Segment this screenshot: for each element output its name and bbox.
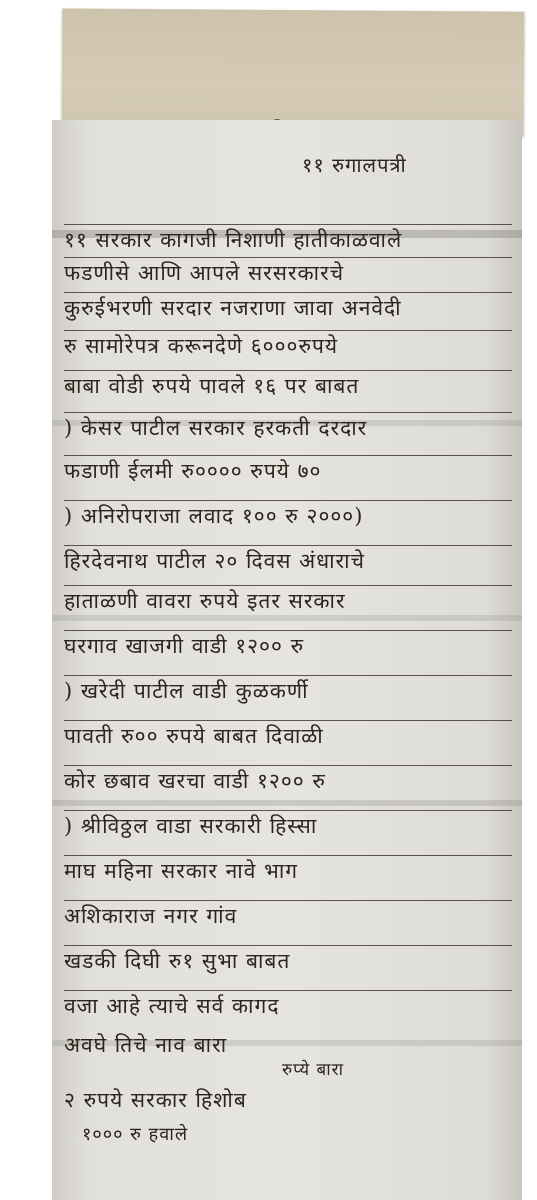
manuscript-line: हिरदेवनाथ पाटील २० दिवस अंधाराचे [64, 545, 512, 576]
manuscript-line: खडकी दिघी रु१ सुभा बाबत [64, 945, 512, 976]
manuscript-line: अशिकाराज नगर गांव [64, 900, 512, 931]
manuscript-line: २ रुपये सरकार हिशोब [64, 1085, 512, 1115]
manuscript-line: ११ सरकार कागजी निशाणी हातीकाळवाले [64, 224, 512, 255]
manuscript-line: माघ महिना सरकार नावे भाग [64, 855, 512, 886]
manuscript-line: वजा आहे त्याचे सर्व कागद [64, 990, 512, 1021]
letter-heading: ११ रुगालपत्री [302, 150, 512, 180]
manuscript-line: बाबा वोडी रुपये पावले १६ पर बाबत [64, 370, 512, 401]
manuscript-line: घरगाव खाजगी वाडी १२०० रु [64, 630, 512, 661]
manuscript-line: रु सामोरेपत्र करूनदेणे ६०००रुपये [64, 330, 512, 361]
manuscript-line: १००० रु हवाले [82, 1120, 512, 1150]
manuscript-line: ) खरेदी पाटील वाडी कुळकर्णी [64, 675, 512, 706]
manuscript-line: फडाणी ईलमी रु०००० रुपये ७० [64, 455, 512, 486]
manuscript-line: ) श्रीविठ्ठल वाडा सरकारी हिस्सा [64, 810, 512, 841]
manuscript-line: ) केसर पाटील सरकार हरकती दरदार [64, 412, 512, 443]
manuscript-line: ) अनिरोपराजा लवाद १०० रु २०००) [64, 500, 512, 531]
folded-flap: २ [62, 8, 525, 135]
manuscript-line: कुरुईभरणी सरदार नजराणा जावा अनवेदी [64, 292, 512, 323]
manuscript-line: रुप्ये बारा [282, 1055, 512, 1085]
manuscript-page: ११ रुगालपत्री ११ सरकार कागजी निशाणी हाती… [52, 120, 522, 1200]
manuscript-line: पावती रु०० रुपये बाबत दिवाळी [64, 720, 512, 751]
fold-line [52, 800, 522, 806]
manuscript-line: फडणीसे आणि आपले सरसरकारचे [64, 257, 512, 288]
manuscript-line: हाताळणी वावरा रुपये इतर सरकार [64, 585, 512, 616]
manuscript-line: कोर छबाव खरचा वाडी १२०० रु [64, 765, 512, 796]
